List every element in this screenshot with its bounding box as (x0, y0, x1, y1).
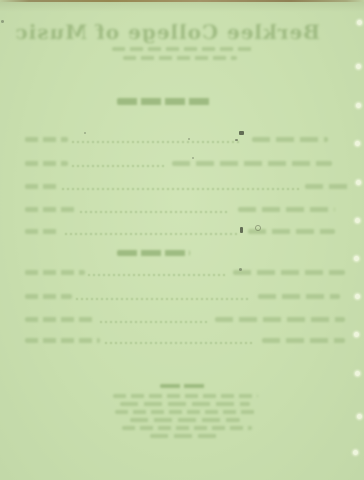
punch-hole (355, 371, 360, 376)
ghost-text-line (25, 338, 100, 343)
ink-speck (84, 132, 86, 134)
ghost-text-line (25, 161, 68, 166)
punch-hole (356, 64, 361, 69)
ghost-text-line (115, 410, 255, 414)
dotted-leader-line (65, 233, 240, 235)
ghost-text-line (25, 270, 85, 275)
ghost-text-line (113, 394, 258, 398)
ghost-text-line (215, 317, 345, 322)
punch-hole (357, 414, 362, 419)
ink-speck (255, 225, 261, 231)
punch-hole (354, 332, 359, 337)
dotted-leader-line (62, 188, 300, 190)
dotted-leader-line (72, 141, 240, 143)
punch-hole (355, 294, 360, 299)
ink-speck (239, 268, 242, 271)
ghost-text-line (25, 207, 75, 212)
ink-speck (235, 139, 238, 141)
punch-hole (353, 450, 358, 455)
ghost-text-line (262, 338, 345, 343)
ghost-text-line (248, 229, 335, 234)
ink-speck (239, 131, 244, 135)
ghost-text-line (120, 402, 250, 406)
ghost-text-line (150, 434, 222, 438)
dotted-leader-line (105, 342, 255, 344)
ghost-text-line (233, 270, 345, 275)
showthrough-layer: Berklee College of Music (0, 0, 364, 480)
ink-speck (240, 227, 243, 233)
ghost-text-line (238, 207, 335, 212)
ghost-text-line (25, 229, 60, 234)
ghost-text-line (112, 47, 255, 51)
ghost-text-line (172, 161, 332, 166)
ghost-heading-line (160, 384, 206, 388)
ghost-text-line (122, 426, 252, 430)
dotted-leader-line (80, 211, 230, 213)
dotted-leader-line (72, 165, 166, 167)
ghost-text-line (258, 294, 340, 299)
ghost-heading-line (117, 250, 190, 256)
punch-hole (355, 141, 360, 146)
ghost-text-line (25, 184, 58, 189)
punch-hole (356, 180, 361, 185)
dotted-leader-line (88, 274, 225, 276)
ghost-text-line (252, 137, 328, 142)
dotted-leader-line (76, 298, 250, 300)
letterhead-title-showthrough: Berklee College of Music (43, 20, 320, 44)
ghost-text-line (25, 137, 68, 142)
ghost-heading-line (117, 98, 210, 105)
punch-hole (355, 218, 360, 223)
ink-speck (192, 157, 194, 159)
ghost-text-line (130, 418, 240, 422)
punch-hole (354, 256, 359, 261)
ink-speck (1, 20, 4, 23)
dotted-leader-line (100, 321, 210, 323)
punch-hole (356, 103, 361, 108)
ink-speck (188, 138, 190, 140)
ghost-text-line (25, 294, 72, 299)
punch-hole (357, 20, 362, 25)
scanned-page: Berklee College of Music (0, 0, 364, 480)
ghost-text-line (123, 56, 237, 60)
ghost-text-line (305, 184, 350, 189)
ghost-text-line (25, 317, 95, 322)
